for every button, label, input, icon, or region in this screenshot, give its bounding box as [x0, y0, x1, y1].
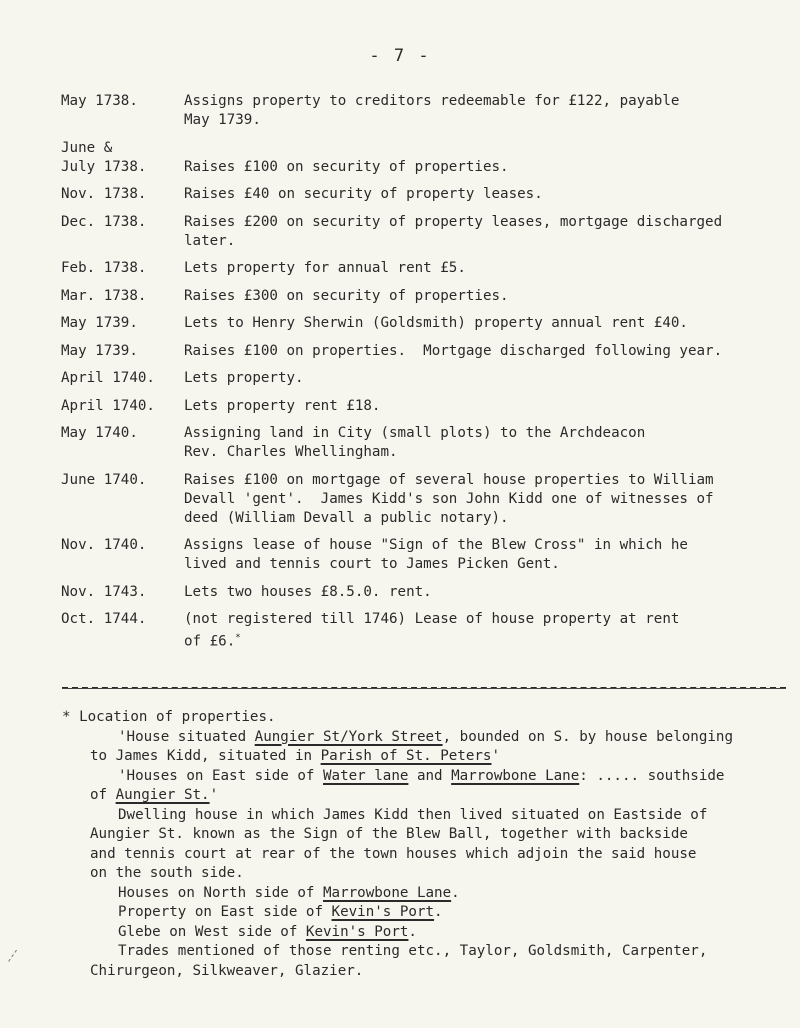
text: Houses on North side of	[118, 885, 323, 901]
place-name: Kevin's Port	[332, 904, 435, 920]
chronology-entry: May 1739. Raises £100 on properties. Mor…	[61, 342, 791, 361]
entry-date: April 1740.	[61, 397, 184, 416]
footnote-heading: * Location of properties.	[62, 708, 800, 728]
entry-description: Raises £100 on security of properties.	[184, 139, 784, 177]
footnote-line: Dwelling house in which James Kidd then …	[62, 806, 800, 826]
chronology-entry: Dec. 1738. Raises £200 on security of pr…	[61, 213, 791, 251]
entry-date: Oct. 1744.	[61, 610, 184, 652]
entry-description: (not registered till 1746) Lease of hous…	[184, 610, 784, 652]
entry-description: Raises £200 on security of property leas…	[184, 213, 784, 251]
text: of	[90, 787, 116, 803]
entry-date: Mar. 1738.	[61, 287, 184, 306]
text: 'Houses on East side of	[118, 768, 323, 784]
text: and	[408, 768, 451, 784]
text: '	[210, 787, 219, 803]
footnote-line: and tennis court at rear of the town hou…	[62, 845, 800, 865]
chronology-entry: Feb. 1738. Lets property for annual rent…	[61, 259, 791, 278]
chronology-entry: Mar. 1738. Raises £300 on security of pr…	[61, 287, 791, 306]
entry-date: May 1738.	[61, 92, 184, 130]
place-name: Marrowbone Lane	[323, 885, 451, 901]
footnote-line: Trades mentioned of those renting etc., …	[62, 942, 800, 962]
chronology-entry: May 1740. Assigning land in City (small …	[61, 424, 791, 462]
footnote-line: 'Houses on East side of Water lane and M…	[62, 767, 800, 787]
chronology-entry: June 1740. Raises £100 on mortgage of se…	[61, 471, 791, 528]
chronology-entry: Oct. 1744. (not registered till 1746) Le…	[61, 610, 791, 652]
footnote-line: on the south side.	[62, 864, 800, 884]
entry-date: Nov. 1738.	[61, 185, 184, 204]
entry-description: Lets to Henry Sherwin (Goldsmith) proper…	[184, 314, 784, 333]
text: , bounded on S. by house belonging	[443, 729, 733, 745]
place-name: Kevin's Port	[306, 924, 409, 940]
text: : ..... southside	[579, 768, 724, 784]
entry-description: Raises £300 on security of properties.	[184, 287, 784, 306]
text: .	[434, 904, 443, 920]
entry-description: Lets two houses £8.5.0. rent.	[184, 583, 784, 602]
place-name: Parish of St. Peters	[321, 748, 492, 764]
chronology-entry: Nov. 1738. Raises £40 on security of pro…	[61, 185, 791, 204]
chronology-entry: April 1740. Lets property.	[61, 369, 791, 388]
footnote-marker: *	[235, 633, 240, 643]
place-name: Aungier St.	[116, 787, 210, 803]
text: to James Kidd, situated in	[90, 748, 321, 764]
footnote-line: 'House situated Aungier St/York Street, …	[62, 728, 800, 748]
entry-description-text: (not registered till 1746) Lease of hous…	[184, 611, 679, 650]
entry-date: June 1740.	[61, 471, 184, 528]
entry-date: Nov. 1740.	[61, 536, 184, 574]
entry-date: Nov. 1743.	[61, 583, 184, 602]
place-name: Water lane	[323, 768, 408, 784]
text: Glebe on West side of	[118, 924, 306, 940]
entry-date: June & July 1738.	[61, 139, 184, 177]
text: 'House situated	[118, 729, 255, 745]
chronology-list: May 1738. Assigns property to creditors …	[61, 92, 791, 660]
text: .	[451, 885, 460, 901]
place-name: Marrowbone Lane	[451, 768, 579, 784]
footnote-line: Aungier St. known as the Sign of the Ble…	[62, 825, 800, 845]
chronology-entry: April 1740. Lets property rent £18.	[61, 397, 791, 416]
footnote-line: Glebe on West side of Kevin's Port.	[62, 923, 800, 943]
entry-description: Raises £40 on security of property lease…	[184, 185, 784, 204]
entry-date: May 1739.	[61, 314, 184, 333]
entry-date: Feb. 1738.	[61, 259, 184, 278]
text: '	[491, 748, 500, 764]
footnote-line: Houses on North side of Marrowbone Lane.	[62, 884, 800, 904]
entry-date: May 1739.	[61, 342, 184, 361]
entry-date: April 1740.	[61, 369, 184, 388]
chronology-entry: May 1738. Assigns property to creditors …	[61, 92, 791, 130]
footnote-line: Chirurgeon, Silkweaver, Glazier.	[62, 962, 800, 982]
chronology-entry: June & July 1738. Raises £100 on securit…	[61, 139, 791, 177]
footnote: * Location of properties. 'House situate…	[62, 708, 800, 981]
text: .	[408, 924, 417, 940]
entry-description: Raises £100 on properties. Mortgage disc…	[184, 342, 784, 361]
entry-description: Assigning land in City (small plots) to …	[184, 424, 784, 462]
place-name: Aungier St/York Street	[255, 729, 443, 745]
entry-description: Lets property.	[184, 369, 784, 388]
chronology-entry: Nov. 1743. Lets two houses £8.5.0. rent.	[61, 583, 791, 602]
chronology-entry: May 1739. Lets to Henry Sherwin (Goldsmi…	[61, 314, 791, 333]
footnote-line: of Aungier St.'	[62, 786, 800, 806]
entry-description: Assigns lease of house "Sign of the Blew…	[184, 536, 784, 574]
text: Property on East side of	[118, 904, 332, 920]
entry-description: Raises £100 on mortgage of several house…	[184, 471, 784, 528]
entry-date: Dec. 1738.	[61, 213, 184, 251]
entry-date: May 1740.	[61, 424, 184, 462]
page-number: - 7 -	[0, 46, 800, 66]
margin-pencil-mark	[8, 950, 18, 963]
entry-description: Lets property rent £18.	[184, 397, 784, 416]
footnote-divider-line	[62, 688, 786, 689]
entry-description: Lets property for annual rent £5.	[184, 259, 784, 278]
footnote-line: Property on East side of Kevin's Port.	[62, 903, 800, 923]
entry-description: Assigns property to creditors redeemable…	[184, 92, 784, 130]
chronology-entry: Nov. 1740. Assigns lease of house "Sign …	[61, 536, 791, 574]
footnote-line: to James Kidd, situated in Parish of St.…	[62, 747, 800, 767]
